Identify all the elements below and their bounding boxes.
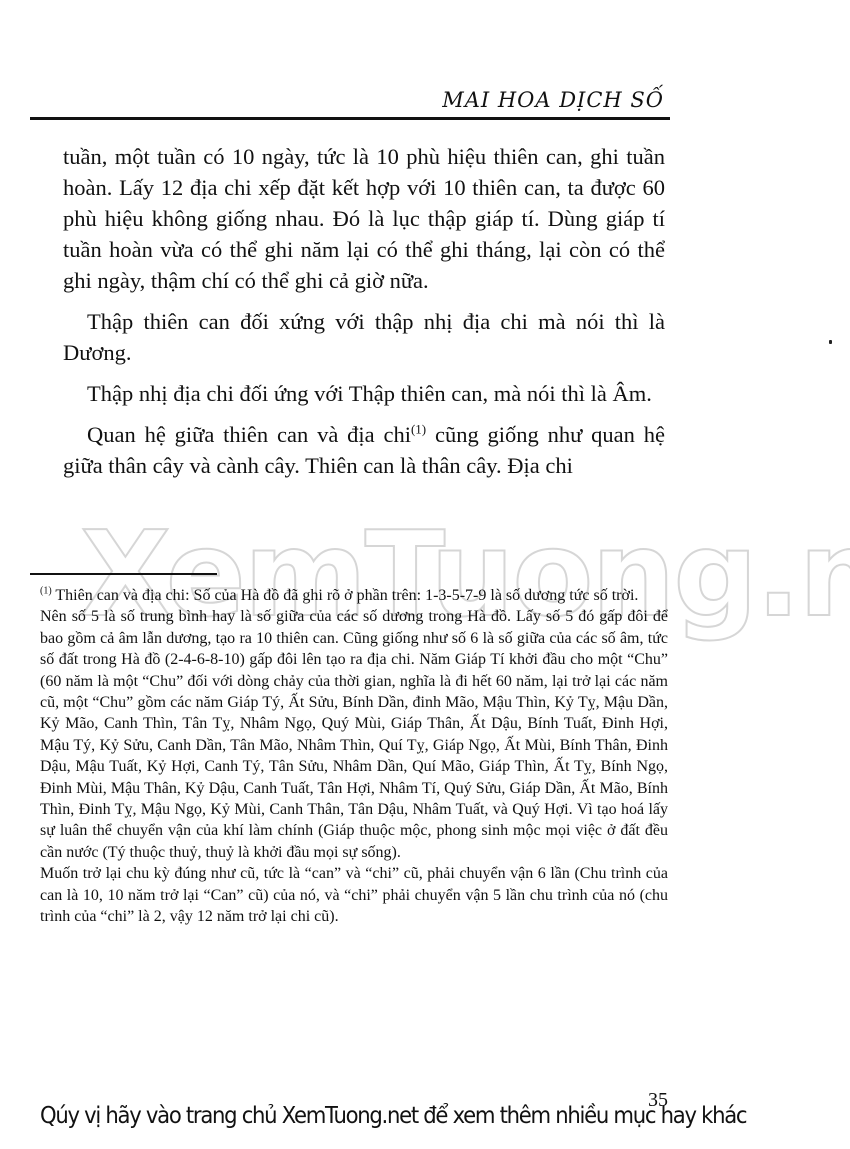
footnote-reference: (1) bbox=[411, 422, 426, 437]
scan-speck bbox=[829, 340, 832, 344]
paragraph-3: Thập nhị địa chi đối ứng với Thập thiên … bbox=[63, 378, 665, 409]
footnote: (1) Thiên can và địa chi: Số của Hà đồ đ… bbox=[40, 585, 668, 928]
running-header: MAI HOA DỊCH SỐ bbox=[30, 86, 670, 120]
header-rule bbox=[30, 117, 670, 120]
book-title: MAI HOA DỊCH SỐ bbox=[442, 88, 664, 112]
paragraph-2: Thập thiên can đối xứng với thập nhị địa… bbox=[63, 306, 665, 368]
footnote-marker: (1) bbox=[40, 586, 52, 597]
footnote-paragraph-2: Nên số 5 là số trung bình hay là số giữa… bbox=[40, 606, 668, 863]
paragraph-1: tuần, một tuần có 10 ngày, tức là 10 phù… bbox=[63, 141, 665, 296]
footnote-first-text: Thiên can và địa chi: Số của Hà đồ đã gh… bbox=[52, 587, 639, 604]
paragraph-4: Quan hệ giữa thiên can và địa chi(1) cũn… bbox=[63, 419, 665, 481]
footnote-paragraph-3: Muốn trở lại chu kỳ đúng như cũ, tức là … bbox=[40, 863, 668, 927]
paragraph-4-text-a: Quan hệ giữa thiên can và địa chi bbox=[87, 422, 411, 447]
main-text: tuần, một tuần có 10 ngày, tức là 10 phù… bbox=[63, 141, 665, 491]
promo-banner-text: Qúy vị hãy vào trang chủ XemTuong.net để… bbox=[40, 1103, 746, 1129]
footnote-separator bbox=[30, 573, 217, 575]
footnote-first-line: (1) Thiên can và địa chi: Số của Hà đồ đ… bbox=[40, 585, 668, 606]
